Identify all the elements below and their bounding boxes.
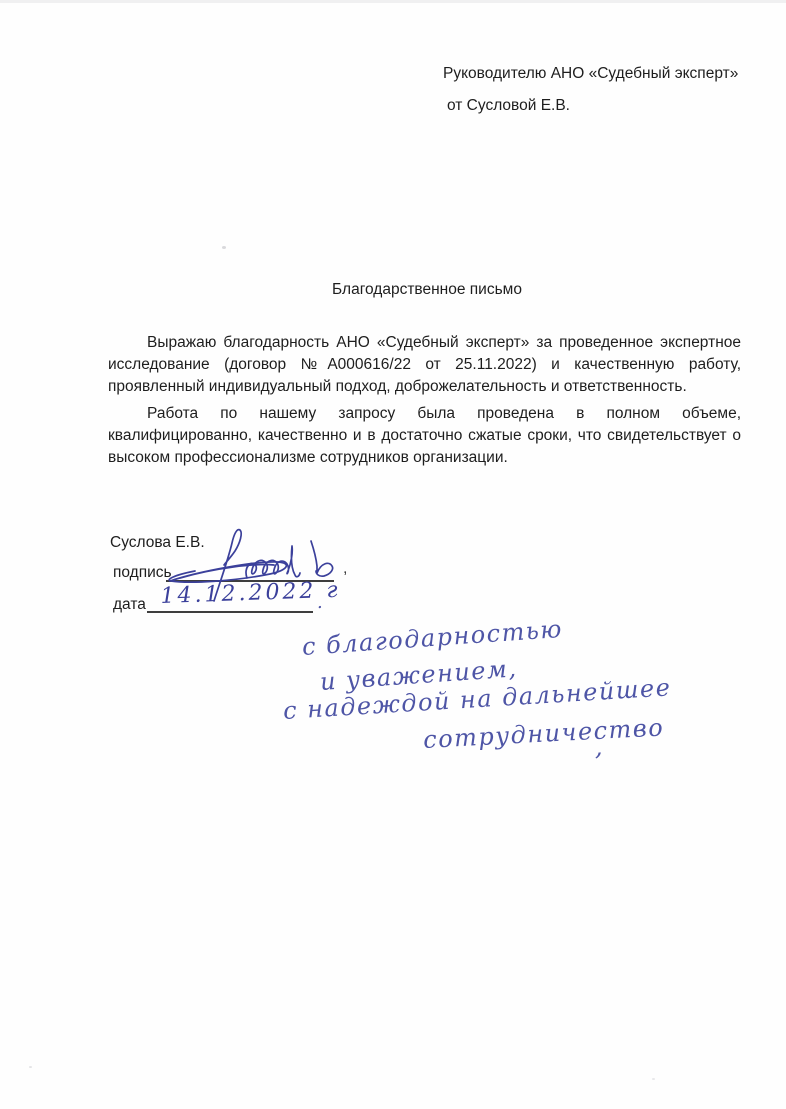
- signature-sweep-stroke: [169, 562, 286, 582]
- handwritten-note-line-1: с благодарностью: [301, 615, 564, 661]
- letter-title: Благодарственное письмо: [67, 281, 786, 299]
- scanned-letter-page: { "letter": { "recipient_line": "Руковод…: [0, 0, 786, 1109]
- handwritten-note-line-4: сотрудничество: [423, 713, 665, 754]
- sender-line: от Сусловой Е.В.: [447, 96, 570, 116]
- date-label: дата: [113, 596, 146, 614]
- date-underline: [147, 611, 313, 613]
- handwritten-signature: [150, 515, 370, 610]
- scan-speck: [652, 1078, 655, 1080]
- signature-flourish-stroke: [311, 541, 333, 576]
- scan-speck: [29, 1066, 32, 1068]
- paragraph-1: Выражаю благодарность АНО «Судебный эксп…: [108, 332, 741, 397]
- paragraph-2: Работа по нашему запросу была проведена …: [108, 403, 741, 468]
- recipient-line: Руководителю АНО «Судебный эксперт»: [443, 64, 738, 84]
- scan-speck: [222, 246, 226, 249]
- letter-body: Выражаю благодарность АНО «Судебный эксп…: [108, 332, 741, 475]
- scan-edge-shadow: [0, 0, 786, 3]
- handwritten-note-trailing-mark: ,: [595, 733, 603, 761]
